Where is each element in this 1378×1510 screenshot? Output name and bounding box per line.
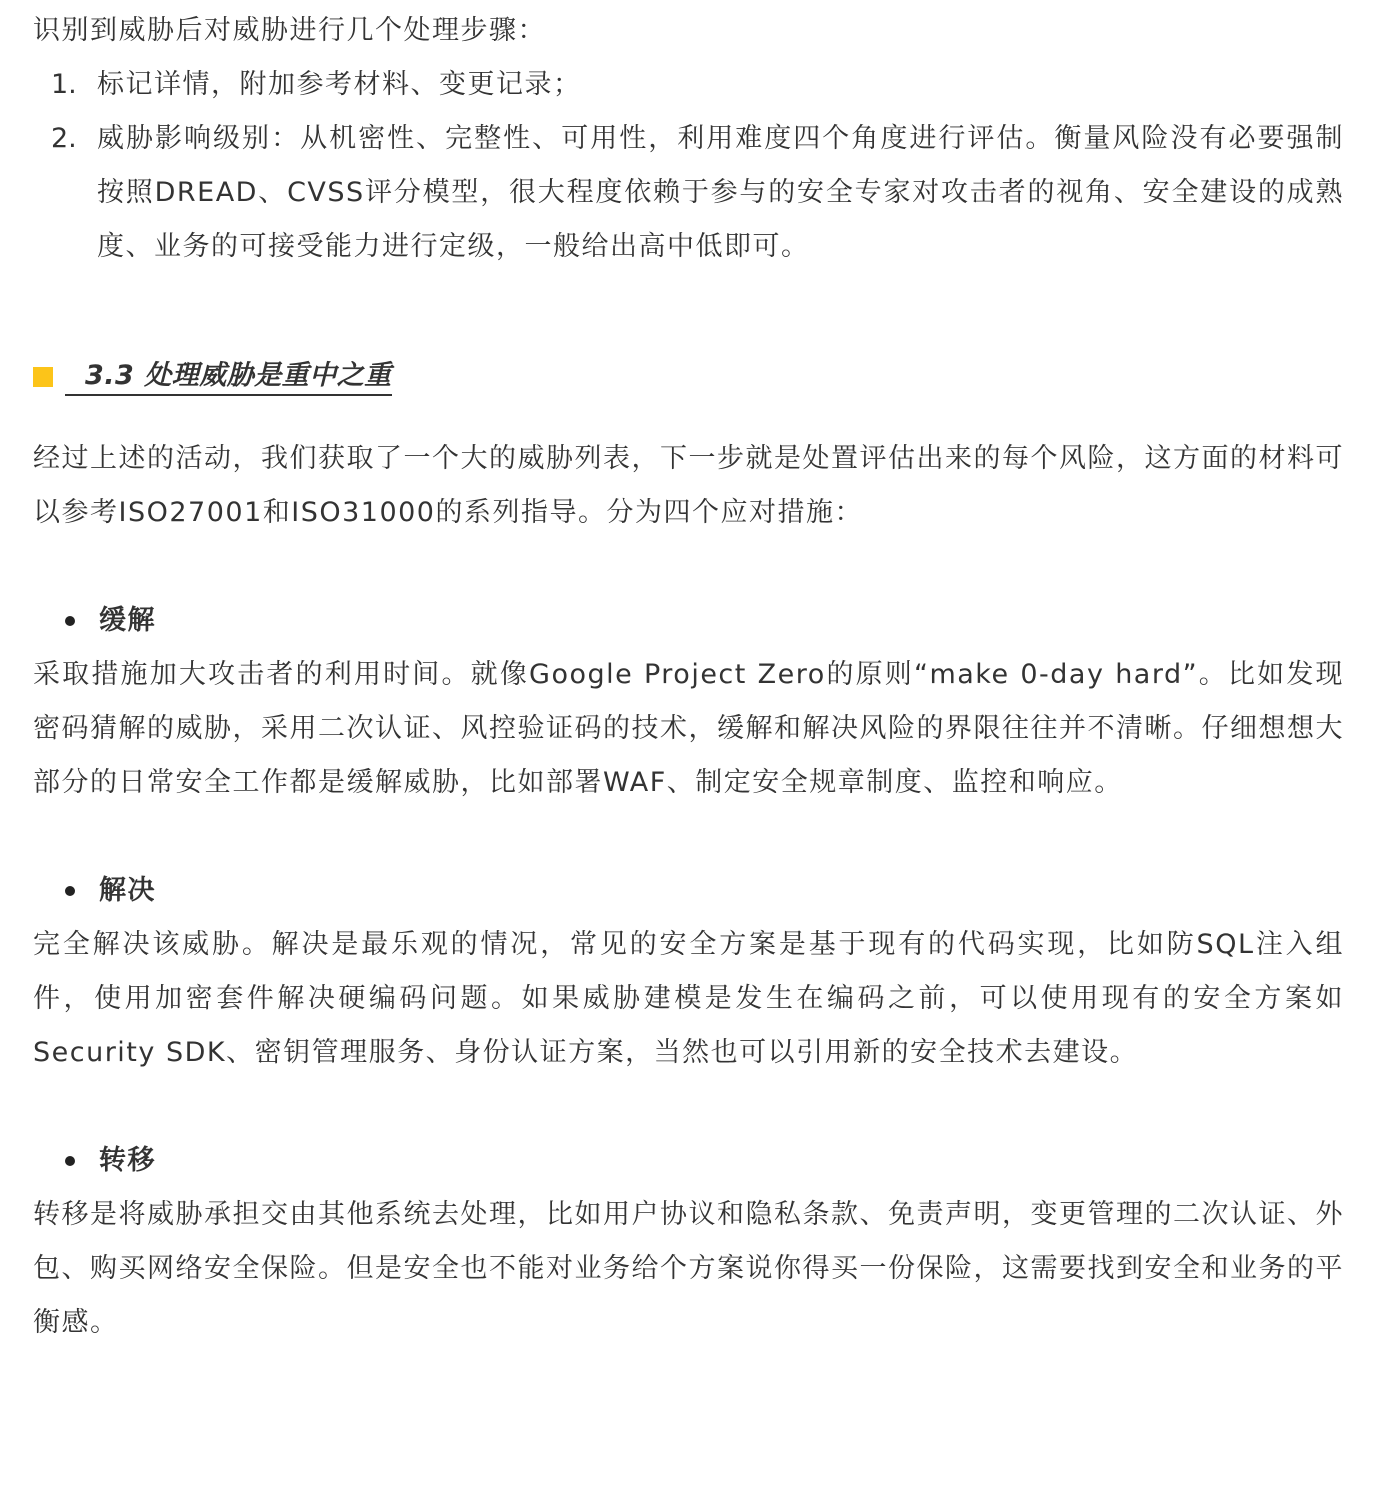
- measure-transfer: 转移 转移是将威胁承担交由其他系统去处理，比如用户协议和隐私条款、免责声明，变更…: [33, 1134, 1344, 1350]
- measure-heading: 转移: [33, 1134, 1344, 1188]
- measure-label: 转移: [99, 1134, 156, 1188]
- measure-mitigate: 缓解 采取措施加大攻击者的利用时间。就像Google Project Zero的…: [33, 594, 1344, 810]
- measure-label: 缓解: [99, 594, 156, 648]
- bullet-icon: [65, 1156, 75, 1166]
- step-item: 2. 威胁影响级别：从机密性、完整性、可用性，利用难度四个角度进行评估。衡量风险…: [97, 112, 1344, 274]
- measure-text: 转移是将威胁承担交由其他系统去处理，比如用户协议和隐私条款、免责声明，变更管理的…: [33, 1188, 1344, 1350]
- bullet-icon: [65, 886, 75, 896]
- heading-square-icon: [33, 367, 53, 387]
- steps-lead: 识别到威胁后对威胁进行几个处理步骤：: [33, 4, 1344, 58]
- measure-heading: 解决: [33, 864, 1344, 918]
- step-text: 威胁影响级别：从机密性、完整性、可用性，利用难度四个角度进行评估。衡量风险没有必…: [97, 123, 1344, 262]
- measure-heading: 缓解: [33, 594, 1344, 648]
- measure-resolve: 解决 完全解决该威胁。解决是最乐观的情况，常见的安全方案是基于现有的代码实现，比…: [33, 864, 1344, 1080]
- bullet-icon: [65, 616, 75, 626]
- measure-text: 采取措施加大攻击者的利用时间。就像Google Project Zero的原则“…: [33, 648, 1344, 810]
- step-number: 2.: [51, 112, 77, 166]
- section-intro: 经过上述的活动，我们获取了一个大的威胁列表，下一步就是处置评估出来的每个风险，这…: [33, 432, 1344, 540]
- measure-label: 解决: [99, 864, 156, 918]
- step-text: 标记详情，附加参考材料、变更记录；: [97, 69, 582, 100]
- steps-list: 1. 标记详情，附加参考材料、变更记录； 2. 威胁影响级别：从机密性、完整性、…: [33, 58, 1344, 274]
- article-body: 识别到威胁后对威胁进行几个处理步骤： 1. 标记详情，附加参考材料、变更记录； …: [0, 0, 1378, 1350]
- step-item: 1. 标记详情，附加参考材料、变更记录；: [97, 58, 1344, 112]
- step-number: 1.: [51, 58, 77, 112]
- measure-text: 完全解决该威胁。解决是最乐观的情况，常见的安全方案是基于现有的代码实现，比如防S…: [33, 918, 1344, 1080]
- section-heading: 3.3 处理威胁是重中之重: [33, 350, 1344, 404]
- section-title: 3.3 处理威胁是重中之重: [65, 358, 392, 396]
